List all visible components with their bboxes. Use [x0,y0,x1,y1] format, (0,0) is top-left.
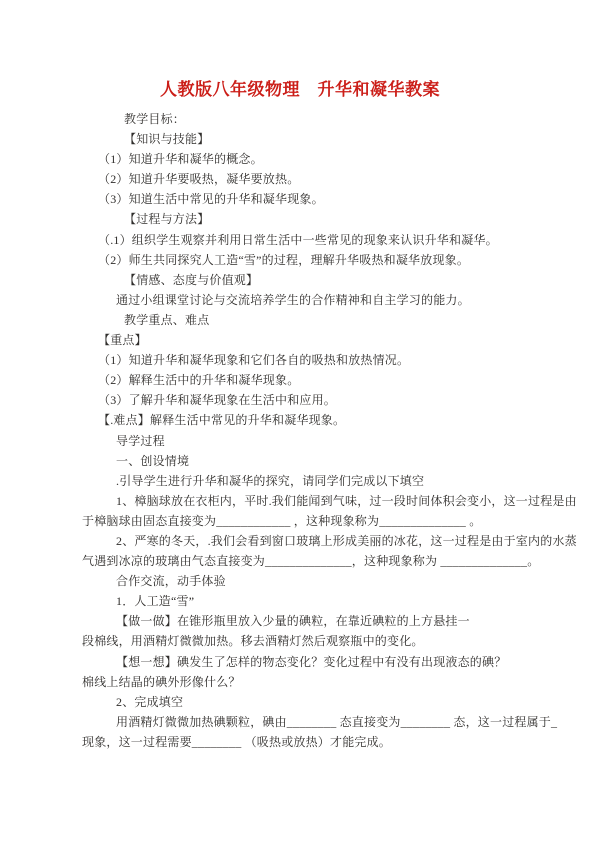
document-line: 【情感、态度与价值观】 [82,270,542,290]
document-line: 【做一做】在锥形瓶里放入少量的碘粒，在靠近碘粒的上方悬挂一 [82,611,542,631]
document-line: 一、创设情境 [82,451,542,471]
document-line: 【重点】 [82,330,542,350]
page-title: 人教版八年级物理 升华和凝华教案 [0,80,600,100]
document-line: 气遇到冰凉的玻璃由气态直接变为______________，这种现象称为 ___… [82,551,542,571]
document-line: 导学过程 [82,431,542,451]
document-body: 教学目标：【知识与技能】（1）知道升华和凝华的概念。（2）知道升华要吸热，凝华要… [82,109,542,752]
document-line: （2）知道升华要吸热，凝华要放热。 [82,169,542,189]
document-line: 现象，这一过程需要________ （吸热或放热）才能完成。 [82,732,542,752]
document-line: .引导学生进行升华和凝华的探究，请同学们完成以下填空 [82,471,542,491]
document-line: （.1）组织学生观察并利用日常生活中一些常见的现象来认识升华和凝华。 [82,230,542,250]
document-line: 2、严寒的冬天，.我们会看到窗口玻璃上形成美丽的冰花，这一过程是由于室内的水蒸 [82,531,542,551]
document-line: （3）了解升华和凝华现象在生活中和应用。 [82,390,542,410]
document-line: 通过小组课堂讨论与交流培养学生的合作精神和自主学习的能力。 [82,290,542,310]
document-line: 1、樟脑球放在衣柜内，平时.我们能闻到气味，过一段时间体积会变小，这一过程是由 [82,491,542,511]
document-line: 【.难点】解释生活中常见的升华和凝华现象。 [82,410,542,430]
document-line: （1）知道升华和凝华的概念。 [82,149,542,169]
document-line: （1）知道升华和凝华现象和它们各自的吸热和放热情况。 [82,350,542,370]
document-line: 棉线上结晶的碘外形像什么？ [82,672,542,692]
document-line: （2）师生共同探究人工造“雪”的过程，理解升华吸热和凝华放现象。 [82,250,542,270]
document-line: 用酒精灯微微加热碘颗粒，碘由________ 态直接变为________ 态，这… [82,712,542,732]
document-line: （3）知道生活中常见的升华和凝华现象。 [82,189,542,209]
document-line: 段棉线，用酒精灯微微加热。移去酒精灯然后观察瓶中的变化。 [82,631,542,651]
document-line: （2）解释生活中的升华和凝华现象。 [82,370,542,390]
document-line: 合作交流，动手体验 [82,571,542,591]
document-line: 【想一想】碘发生了怎样的物态变化？变化过程中有没有出现液态的碘？ [82,652,542,672]
document-line: 【过程与方法】 [82,209,542,229]
document-line: 2、完成填空 [82,692,542,712]
document-line: 【知识与技能】 [82,129,542,149]
document-line: 教学重点、难点 [82,310,542,330]
document-line: 于樟脑球由固态直接变为____________ ，这种现象称为_________… [82,511,542,531]
document-page: 人教版八年级物理 升华和凝华教案 教学目标：【知识与技能】（1）知道升华和凝华的… [0,0,600,850]
document-line: 教学目标： [82,109,542,129]
document-line: 1．人工造“雪” [82,591,542,611]
